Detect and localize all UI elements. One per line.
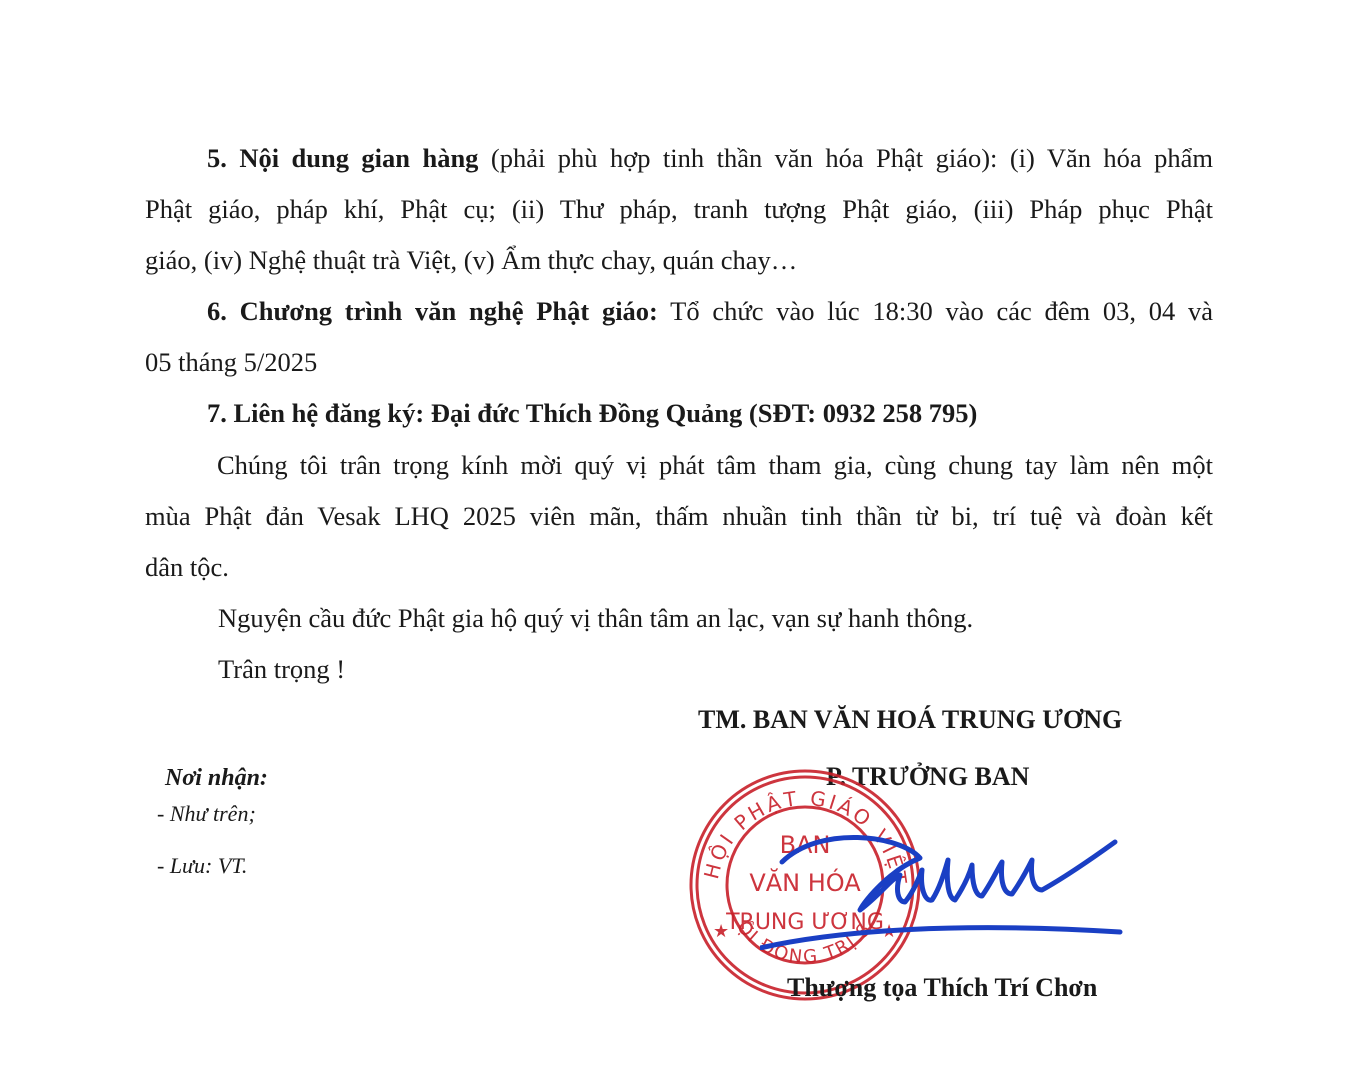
recipient-item: - Lưu: VT. <box>157 855 247 877</box>
item5-line1: 5. Nội dung gian hàng (phải phù hợp tinh… <box>145 145 1213 172</box>
item5-heading: 5. Nội dung gian hàng <box>207 143 478 173</box>
handwritten-signature-icon <box>760 830 1160 950</box>
signer-name: Thượng tọa Thích Trí Chơn <box>787 975 1097 1001</box>
regards: Trân trọng ! <box>218 656 345 683</box>
svg-text:★: ★ <box>713 921 729 942</box>
item7-contact: 7. Liên hệ đăng ký: Đại đức Thích Đồng Q… <box>207 400 977 427</box>
recipient-item: - Như trên; <box>157 803 256 825</box>
item5-line2: Phật giáo, pháp khí, Phật cụ; (ii) Thư p… <box>145 196 1213 223</box>
blessing: Nguyện cầu đức Phật gia hộ quý vị thân t… <box>218 605 973 632</box>
item6-line2: 05 tháng 5/2025 <box>145 349 317 376</box>
item6-heading: 6. Chương trình văn nghệ Phật giáo: <box>207 296 658 326</box>
signature-org: TM. BAN VĂN HOÁ TRUNG ƯƠNG <box>698 707 1122 733</box>
closing-line2: mùa Phật đản Vesak LHQ 2025 viên mãn, th… <box>145 503 1213 530</box>
item6-line1: 6. Chương trình văn nghệ Phật giáo: Tổ c… <box>145 298 1213 325</box>
item5-line3: giáo, (iv) Nghệ thuật trà Việt, (v) Ẩm t… <box>145 247 797 274</box>
recipients-title: Nơi nhận: <box>165 766 268 790</box>
closing-line1: Chúng tôi trân trọng kính mời quý vị phá… <box>145 452 1213 479</box>
closing-line3: dân tộc. <box>145 554 229 581</box>
